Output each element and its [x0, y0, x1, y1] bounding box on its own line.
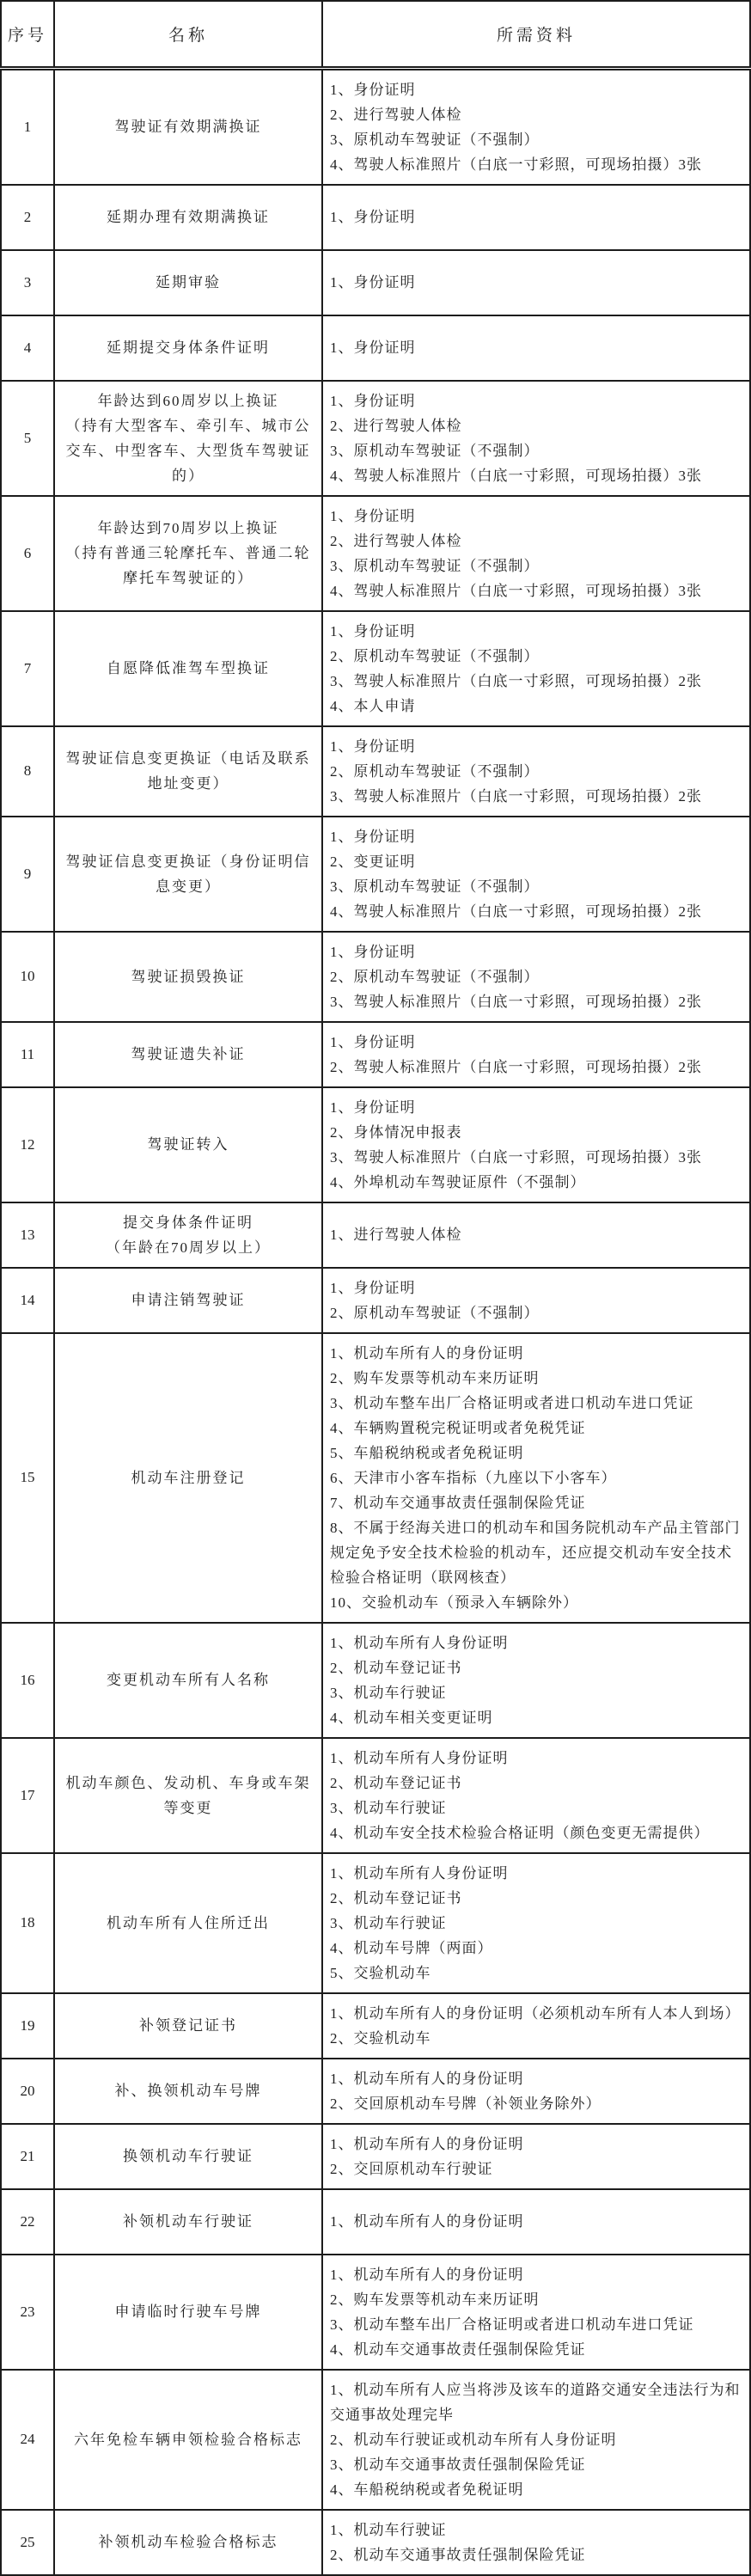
row-number: 15	[1, 1333, 54, 1623]
table-row: 1驾驶证有效期满换证1、身份证明2、进行驾驶人体检3、原机动车驾驶证（不强制）4…	[1, 68, 750, 185]
document-item: 1、身份证明	[330, 1276, 741, 1300]
procedure-name: 补领机动车检验合格标志	[54, 2510, 322, 2575]
document-item: 4、驾驶人标准照片（白底一寸彩照，可现场拍摄）3张	[330, 152, 741, 177]
table-row: 21换领机动车行驶证1、机动车所有人的身份证明2、交回原机动车行驶证	[1, 2124, 750, 2189]
document-item: 2、进行驾驶人体检	[330, 102, 741, 127]
row-number: 16	[1, 1623, 54, 1738]
document-item: 4、机动车安全技术检验合格证明（颜色变更无需提供）	[330, 1820, 741, 1845]
document-item: 2、原机动车驾驶证（不强制）	[330, 1300, 741, 1325]
document-item: 7、机动车交通事故责任强制保险凭证	[330, 1490, 741, 1515]
required-documents: 1、机动车行驶证2、机动车交通事故责任强制保险凭证	[322, 2510, 750, 2575]
document-item: 4、驾驶人标准照片（白底一寸彩照，可现场拍摄）3张	[330, 463, 741, 488]
row-number: 1	[1, 68, 54, 185]
required-documents: 1、机动车所有人身份证明2、机动车登记证书3、机动车行驶证4、机动车号牌（两面）…	[322, 1853, 750, 1993]
document-item: 2、机动车登记证书	[330, 1771, 741, 1796]
document-page: 序号 名称 所需资料 1驾驶证有效期满换证1、身份证明2、进行驾驶人体检3、原机…	[0, 0, 751, 2576]
table-row: 15机动车注册登记1、机动车所有人的身份证明2、购车发票等机动车来历证明3、机动…	[1, 1333, 750, 1623]
procedure-name: 延期审验	[54, 250, 322, 315]
procedure-name: 申请临时行驶车号牌	[54, 2255, 322, 2370]
required-documents: 1、身份证明2、变更证明3、原机动车驾驶证（不强制）4、驾驶人标准照片（白底一寸…	[322, 817, 750, 932]
document-item: 3、驾驶人标准照片（白底一寸彩照，可现场拍摄）2张	[330, 989, 741, 1014]
required-documents: 1、机动车所有人身份证明2、机动车登记证书3、机动车行驶证4、机动车安全技术检验…	[322, 1738, 750, 1853]
row-number: 8	[1, 726, 54, 817]
table-header: 序号 名称 所需资料	[1, 1, 750, 68]
table-row: 13提交身体条件证明 （年龄在70周岁以上）1、进行驾驶人体检	[1, 1202, 750, 1268]
row-number: 22	[1, 2189, 54, 2255]
required-documents: 1、机动车所有人的身份证明2、购车发票等机动车来历证明3、机动车整车出厂合格证明…	[322, 1333, 750, 1623]
procedure-name: 机动车注册登记	[54, 1333, 322, 1623]
document-item: 1、机动车所有人的身份证明	[330, 2262, 741, 2287]
required-documents: 1、身份证明2、进行驾驶人体检3、原机动车驾驶证（不强制）4、驾驶人标准照片（白…	[322, 68, 750, 185]
header-row: 序号 名称 所需资料	[1, 1, 750, 68]
procedure-name: 补领登记证书	[54, 1993, 322, 2059]
table-row: 10驾驶证损毁换证1、身份证明2、原机动车驾驶证（不强制）3、驾驶人标准照片（白…	[1, 932, 750, 1022]
document-item: 2、变更证明	[330, 849, 741, 874]
procedure-name: 机动车颜色、发动机、车身或车架等变更	[54, 1738, 322, 1853]
required-documents: 1、身份证明2、驾驶人标准照片（白底一寸彩照，可现场拍摄）2张	[322, 1022, 750, 1087]
header-cell-number: 序号	[1, 1, 54, 68]
document-item: 1、身份证明	[330, 335, 741, 360]
document-item: 1、机动车所有人的身份证明	[330, 2209, 741, 2234]
row-number: 25	[1, 2510, 54, 2575]
document-item: 3、原机动车驾驶证（不强制）	[330, 874, 741, 899]
table-row: 18机动车所有人住所迁出1、机动车所有人身份证明2、机动车登记证书3、机动车行驶…	[1, 1853, 750, 1993]
document-item: 4、驾驶人标准照片（白底一寸彩照，可现场拍摄）2张	[330, 899, 741, 924]
document-item: 5、交验机动车	[330, 1961, 741, 1986]
table-row: 12驾驶证转入1、身份证明2、身体情况申报表3、驾驶人标准照片（白底一寸彩照，可…	[1, 1087, 750, 1202]
document-item: 2、机动车登记证书	[330, 1655, 741, 1680]
document-item: 2、驾驶人标准照片（白底一寸彩照，可现场拍摄）2张	[330, 1055, 741, 1080]
document-item: 4、本人申请	[330, 694, 741, 719]
table-row: 9驾驶证信息变更换证（身份证明信息变更）1、身份证明2、变更证明3、原机动车驾驶…	[1, 817, 750, 932]
procedure-name: 补领机动车行驶证	[54, 2189, 322, 2255]
row-number: 3	[1, 250, 54, 315]
table-row: 11驾驶证遗失补证1、身份证明2、驾驶人标准照片（白底一寸彩照，可现场拍摄）2张	[1, 1022, 750, 1087]
required-documents: 1、身份证明2、进行驾驶人体检3、原机动车驾驶证（不强制）4、驾驶人标准照片（白…	[322, 381, 750, 496]
procedure-name: 驾驶证遗失补证	[54, 1022, 322, 1087]
document-item: 2、进行驾驶人体检	[330, 413, 741, 438]
table-row: 25补领机动车检验合格标志1、机动车行驶证2、机动车交通事故责任强制保险凭证	[1, 2510, 750, 2575]
procedure-name: 驾驶证有效期满换证	[54, 68, 322, 185]
row-number: 5	[1, 381, 54, 496]
row-number: 18	[1, 1853, 54, 1993]
document-item: 4、车船税纳税或者免税证明	[330, 2477, 741, 2502]
document-item: 3、机动车交通事故责任强制保险凭证	[330, 2452, 741, 2477]
document-item: 1、身份证明	[330, 389, 741, 413]
document-item: 1、身份证明	[330, 270, 741, 295]
document-item: 2、原机动车驾驶证（不强制）	[330, 759, 741, 784]
row-number: 13	[1, 1202, 54, 1268]
row-number: 6	[1, 496, 54, 611]
document-item: 1、身份证明	[330, 504, 741, 529]
table-row: 23申请临时行驶车号牌1、机动车所有人的身份证明2、购车发票等机动车来历证明3、…	[1, 2255, 750, 2370]
document-item: 1、身份证明	[330, 734, 741, 759]
document-item: 1、机动车所有人的身份证明	[330, 2132, 741, 2157]
document-item: 1、机动车所有人身份证明	[330, 1861, 741, 1886]
document-item: 4、驾驶人标准照片（白底一寸彩照，可现场拍摄）3张	[330, 578, 741, 603]
document-item: 1、身份证明	[330, 205, 741, 229]
document-item: 3、驾驶人标准照片（白底一寸彩照，可现场拍摄）3张	[330, 1145, 741, 1170]
row-number: 12	[1, 1087, 54, 1202]
document-item: 2、进行驾驶人体检	[330, 529, 741, 554]
table-row: 19补领登记证书1、机动车所有人的身份证明（必须机动车所有人本人到场）2、交验机…	[1, 1993, 750, 2059]
procedure-name: 申请注销驾驶证	[54, 1268, 322, 1333]
document-item: 3、机动车行驶证	[330, 1796, 741, 1820]
required-documents: 1、身份证明2、原机动车驾驶证（不强制）3、驾驶人标准照片（白底一寸彩照，可现场…	[322, 611, 750, 726]
document-item: 5、车船税纳税或者免税证明	[330, 1441, 741, 1465]
header-cell-documents: 所需资料	[322, 1, 750, 68]
procedure-name: 机动车所有人住所迁出	[54, 1853, 322, 1993]
procedure-name: 驾驶证转入	[54, 1087, 322, 1202]
header-cell-name: 名称	[54, 1, 322, 68]
document-item: 2、原机动车驾驶证（不强制）	[330, 964, 741, 989]
table-row: 8驾驶证信息变更换证（电话及联系地址变更）1、身份证明2、原机动车驾驶证（不强制…	[1, 726, 750, 817]
procedure-name: 年龄达到60周岁以上换证 （持有大型客车、牵引车、城市公交车、中型客车、大型货车…	[54, 381, 322, 496]
document-item: 3、原机动车驾驶证（不强制）	[330, 554, 741, 578]
table-row: 7自愿降低准驾车型换证1、身份证明2、原机动车驾驶证（不强制）3、驾驶人标准照片…	[1, 611, 750, 726]
table-row: 3延期审验1、身份证明	[1, 250, 750, 315]
document-item: 1、身份证明	[330, 1030, 741, 1055]
row-number: 19	[1, 1993, 54, 2059]
row-number: 2	[1, 185, 54, 250]
procedure-name: 延期提交身体条件证明	[54, 315, 322, 381]
document-item: 1、身份证明	[330, 1095, 741, 1120]
document-item: 2、机动车交通事故责任强制保险凭证	[330, 2542, 741, 2567]
required-documents: 1、身份证明	[322, 250, 750, 315]
row-number: 21	[1, 2124, 54, 2189]
document-item: 3、原机动车驾驶证（不强制）	[330, 438, 741, 463]
document-item: 4、机动车号牌（两面）	[330, 1936, 741, 1961]
document-item: 3、机动车整车出厂合格证明或者进口机动车进口凭证	[330, 1391, 741, 1416]
document-item: 4、车辆购置税完税证明或者免税凭证	[330, 1416, 741, 1441]
document-item: 1、机动车所有人应当将涉及该车的道路交通安全违法行为和交通事故处理完毕	[330, 2377, 741, 2427]
document-item: 2、身体情况申报表	[330, 1120, 741, 1145]
required-documents: 1、机动车所有人的身份证明2、交回原机动车号牌（补领业务除外）	[322, 2059, 750, 2124]
document-item: 2、购车发票等机动车来历证明	[330, 1366, 741, 1391]
required-documents: 1、机动车所有人的身份证明2、购车发票等机动车来历证明3、机动车整车出厂合格证明…	[322, 2255, 750, 2370]
row-number: 24	[1, 2370, 54, 2510]
required-documents: 1、身份证明	[322, 185, 750, 250]
table-row: 5年龄达到60周岁以上换证 （持有大型客车、牵引车、城市公交车、中型客车、大型货…	[1, 381, 750, 496]
document-item: 1、身份证明	[330, 77, 741, 102]
required-documents: 1、机动车所有人的身份证明	[322, 2189, 750, 2255]
table-row: 17机动车颜色、发动机、车身或车架等变更1、机动车所有人身份证明2、机动车登记证…	[1, 1738, 750, 1853]
required-documents: 1、机动车所有人应当将涉及该车的道路交通安全违法行为和交通事故处理完毕2、机动车…	[322, 2370, 750, 2510]
document-item: 3、驾驶人标准照片（白底一寸彩照，可现场拍摄）2张	[330, 669, 741, 694]
document-item: 2、购车发票等机动车来历证明	[330, 2287, 741, 2312]
procedure-name: 延期办理有效期满换证	[54, 185, 322, 250]
required-documents: 1、进行驾驶人体检	[322, 1202, 750, 1268]
document-item: 3、驾驶人标准照片（白底一寸彩照，可现场拍摄）2张	[330, 784, 741, 809]
document-item: 4、外埠机动车驾驶证原件（不强制）	[330, 1170, 741, 1195]
document-item: 1、身份证明	[330, 619, 741, 644]
table-row: 16变更机动车所有人名称1、机动车所有人身份证明2、机动车登记证书3、机动车行驶…	[1, 1623, 750, 1738]
row-number: 17	[1, 1738, 54, 1853]
procedure-name: 年龄达到70周岁以上换证 （持有普通三轮摩托车、普通二轮摩托车驾驶证的）	[54, 496, 322, 611]
row-number: 10	[1, 932, 54, 1022]
procedure-name: 驾驶证损毁换证	[54, 932, 322, 1022]
required-documents: 1、身份证明2、进行驾驶人体检3、原机动车驾驶证（不强制）4、驾驶人标准照片（白…	[322, 496, 750, 611]
document-item: 2、交验机动车	[330, 2026, 741, 2051]
document-item: 1、机动车所有人身份证明	[330, 1746, 741, 1771]
table-row: 4延期提交身体条件证明1、身份证明	[1, 315, 750, 381]
document-item: 1、进行驾驶人体检	[330, 1222, 741, 1247]
document-item: 2、原机动车驾驶证（不强制）	[330, 644, 741, 669]
row-number: 9	[1, 817, 54, 932]
required-documents: 1、身份证明2、身体情况申报表3、驾驶人标准照片（白底一寸彩照，可现场拍摄）3张…	[322, 1087, 750, 1202]
procedures-table: 序号 名称 所需资料 1驾驶证有效期满换证1、身份证明2、进行驾驶人体检3、原机…	[0, 0, 751, 2576]
table-body: 1驾驶证有效期满换证1、身份证明2、进行驾驶人体检3、原机动车驾驶证（不强制）4…	[1, 68, 750, 2575]
required-documents: 1、身份证明2、原机动车驾驶证（不强制）	[322, 1268, 750, 1333]
required-documents: 1、身份证明	[322, 315, 750, 381]
document-item: 2、交回原机动车行驶证	[330, 2157, 741, 2181]
document-item: 4、机动车交通事故责任强制保险凭证	[330, 2337, 741, 2362]
document-item: 1、机动车所有人的身份证明（必须机动车所有人本人到场）	[330, 2001, 741, 2026]
required-documents: 1、机动车所有人的身份证明2、交回原机动车行驶证	[322, 2124, 750, 2189]
row-number: 23	[1, 2255, 54, 2370]
table-row: 22补领机动车行驶证1、机动车所有人的身份证明	[1, 2189, 750, 2255]
document-item: 2、机动车登记证书	[330, 1886, 741, 1911]
document-item: 3、原机动车驾驶证（不强制）	[330, 127, 741, 152]
procedure-name: 变更机动车所有人名称	[54, 1623, 322, 1738]
procedure-name: 六年免检车辆申领检验合格标志	[54, 2370, 322, 2510]
row-number: 7	[1, 611, 54, 726]
document-item: 3、机动车整车出厂合格证明或者进口机动车进口凭证	[330, 2312, 741, 2337]
procedure-name: 驾驶证信息变更换证（电话及联系地址变更）	[54, 726, 322, 817]
document-item: 1、机动车所有人身份证明	[330, 1631, 741, 1655]
document-item: 3、机动车行驶证	[330, 1911, 741, 1936]
document-item: 4、机动车相关变更证明	[330, 1705, 741, 1730]
table-row: 20补、换领机动车号牌1、机动车所有人的身份证明2、交回原机动车号牌（补领业务除…	[1, 2059, 750, 2124]
table-row: 24六年免检车辆申领检验合格标志1、机动车所有人应当将涉及该车的道路交通安全违法…	[1, 2370, 750, 2510]
row-number: 14	[1, 1268, 54, 1333]
document-item: 1、机动车行驶证	[330, 2518, 741, 2542]
required-documents: 1、身份证明2、原机动车驾驶证（不强制）3、驾驶人标准照片（白底一寸彩照，可现场…	[322, 726, 750, 817]
row-number: 11	[1, 1022, 54, 1087]
table-row: 2延期办理有效期满换证1、身份证明	[1, 185, 750, 250]
document-item: 8、不属于经海关进口的机动车和国务院机动车产品主管部门规定免予安全技术检验的机动…	[330, 1515, 741, 1590]
row-number: 4	[1, 315, 54, 381]
document-item: 3、机动车行驶证	[330, 1680, 741, 1705]
row-number: 20	[1, 2059, 54, 2124]
document-item: 1、机动车所有人的身份证明	[330, 2066, 741, 2091]
procedure-name: 自愿降低准驾车型换证	[54, 611, 322, 726]
table-row: 14申请注销驾驶证1、身份证明2、原机动车驾驶证（不强制）	[1, 1268, 750, 1333]
document-item: 1、身份证明	[330, 824, 741, 849]
document-item: 2、交回原机动车号牌（补领业务除外）	[330, 2091, 741, 2116]
procedure-name: 驾驶证信息变更换证（身份证明信息变更）	[54, 817, 322, 932]
table-row: 6年龄达到70周岁以上换证 （持有普通三轮摩托车、普通二轮摩托车驾驶证的）1、身…	[1, 496, 750, 611]
document-item: 1、身份证明	[330, 939, 741, 964]
document-item: 10、交验机动车（预录入车辆除外）	[330, 1590, 741, 1615]
required-documents: 1、身份证明2、原机动车驾驶证（不强制）3、驾驶人标准照片（白底一寸彩照，可现场…	[322, 932, 750, 1022]
document-item: 2、机动车行驶证或机动车所有人身份证明	[330, 2427, 741, 2452]
document-item: 6、天津市小客车指标（九座以下小客车）	[330, 1465, 741, 1490]
required-documents: 1、机动车所有人的身份证明（必须机动车所有人本人到场）2、交验机动车	[322, 1993, 750, 2059]
procedure-name: 补、换领机动车号牌	[54, 2059, 322, 2124]
procedure-name: 换领机动车行驶证	[54, 2124, 322, 2189]
procedure-name: 提交身体条件证明 （年龄在70周岁以上）	[54, 1202, 322, 1268]
document-item: 1、机动车所有人的身份证明	[330, 1341, 741, 1366]
required-documents: 1、机动车所有人身份证明2、机动车登记证书3、机动车行驶证4、机动车相关变更证明	[322, 1623, 750, 1738]
